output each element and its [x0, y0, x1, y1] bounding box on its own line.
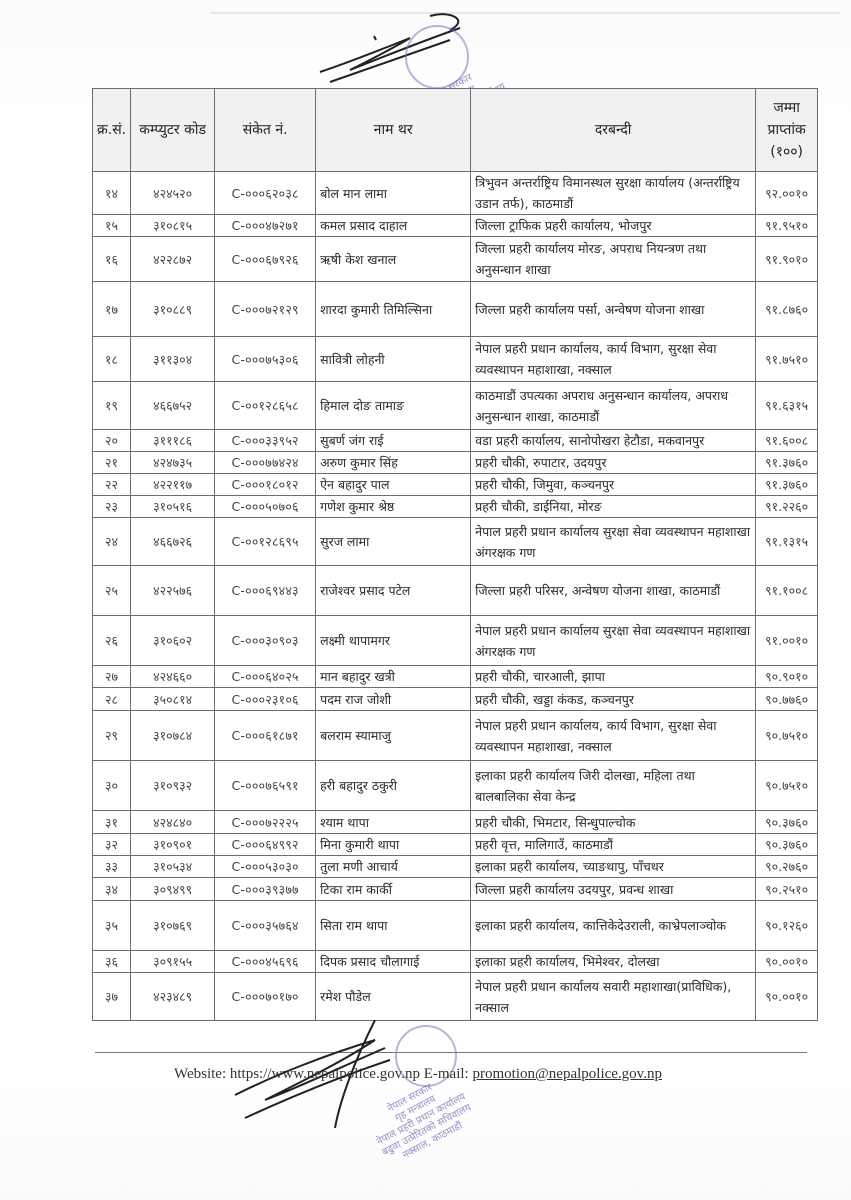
computer-code-cell: ४२४५२०	[131, 172, 215, 215]
posting-cell: नेपाल प्रहरी प्रधान कार्यालय सुरक्षा सेव…	[471, 616, 756, 666]
symbol-number-cell: C-०००२३१०६	[215, 688, 316, 711]
name-cell: सावित्री लोहनी	[316, 337, 471, 382]
table-row: १५३१०८१५C-०००४७२७१कमल प्रसाद दाहालजिल्ला…	[93, 215, 818, 237]
table-row: २९३१०७८४C-०००६१८७१बलराम स्यामाजुनेपाल प्…	[93, 711, 818, 761]
computer-code-cell: ३१०८१५	[131, 215, 215, 237]
posting-cell: इलाका प्रहरी कार्यालय जिरी दोलखा, महिला …	[471, 761, 756, 811]
serial-number-cell: २०	[93, 430, 131, 452]
serial-number-cell: १८	[93, 337, 131, 382]
computer-code-cell: ३११३०४	[131, 337, 215, 382]
table-row: १९४६६७५२C-००१२८६५८हिमाल दोङ तामाङकाठमाडौ…	[93, 382, 818, 430]
posting-cell: जिल्ला प्रहरी कार्यालय पर्सा, अन्वेषण यो…	[471, 282, 756, 337]
symbol-number-cell: C-०००७०१७०	[215, 973, 316, 1021]
posting-cell: प्रहरी चौकी, खड्डा कंकड, कञ्चनपुर	[471, 688, 756, 711]
scan-edge-line	[210, 12, 840, 14]
name-cell: शारदा कुमारी तिमिल्सिना	[316, 282, 471, 337]
total-score-cell: ९०.००१०	[756, 951, 818, 973]
computer-code-cell: ३०९१५५	[131, 951, 215, 973]
name-cell: बलराम स्यामाजु	[316, 711, 471, 761]
website-label: Website:	[174, 1066, 230, 1082]
name-cell: श्याम थापा	[316, 811, 471, 834]
table-row: ३१४२४८४०C-०००७२२२५श्याम थापाप्रहरी चौकी,…	[93, 811, 818, 834]
total-score-cell: ९०.९०१०	[756, 666, 818, 688]
name-cell: हिमाल दोङ तामाङ	[316, 382, 471, 430]
table-row: २०३१११८६C-०००३३९५२सुबर्ण जंग राईवडा प्रह…	[93, 430, 818, 452]
computer-code-cell: ३१११८६	[131, 430, 215, 452]
symbol-number-cell: C-०००४५६९६	[215, 951, 316, 973]
header-computer-code: कम्प्युटर कोड	[131, 89, 215, 172]
posting-cell: इलाका प्रहरी कार्यालय, च्याङथापु, पाँचथर	[471, 856, 756, 878]
computer-code-cell: ४२२८७२	[131, 237, 215, 282]
posting-cell: प्रहरी चौकी, भिमटार, सिन्धुपाल्चोक	[471, 811, 756, 834]
total-score-cell: ९१.६३१५	[756, 382, 818, 430]
posting-cell: नेपाल प्रहरी प्रधान कार्यालय सुरक्षा सेव…	[471, 518, 756, 566]
serial-number-cell: २८	[93, 688, 131, 711]
table-row: २८३५०८१४C-०००२३१०६पदम राज जोशीप्रहरी चौक…	[93, 688, 818, 711]
symbol-number-cell: C-०००३९३७७	[215, 878, 316, 901]
computer-code-cell: ४६६७५२	[131, 382, 215, 430]
table-row: २५४२२५७६C-०००६९४४३राजेश्वर प्रसाद पटेलजि…	[93, 566, 818, 616]
table-header-row: क्र.सं. कम्प्युटर कोड संकेत नं. नाम थर द…	[93, 89, 818, 172]
symbol-number-cell: C-०००५०७०६	[215, 496, 316, 518]
name-cell: मिना कुमारी थापा	[316, 834, 471, 856]
computer-code-cell: ३१०५१६	[131, 496, 215, 518]
total-score-cell: ९०.७५१०	[756, 711, 818, 761]
total-score-cell: ९०.००१०	[756, 973, 818, 1021]
table-row: १४४२४५२०C-०००६२०३८बोल मान लामात्रिभुवन अ…	[93, 172, 818, 215]
posting-cell: नेपाल प्रहरी प्रधान कार्यालय, कार्य विभा…	[471, 337, 756, 382]
serial-number-cell: ३३	[93, 856, 131, 878]
symbol-number-cell: C-०००६१८७१	[215, 711, 316, 761]
symbol-number-cell: C-०००७२२२५	[215, 811, 316, 834]
serial-number-cell: २४	[93, 518, 131, 566]
header-name: नाम थर	[316, 89, 471, 172]
symbol-number-cell: C-०००७७४२४	[215, 452, 316, 474]
computer-code-cell: ३०९४९९	[131, 878, 215, 901]
name-cell: टिका राम कार्की	[316, 878, 471, 901]
table-row: १७३१०८८९C-०००७२१२९शारदा कुमारी तिमिल्सिन…	[93, 282, 818, 337]
symbol-number-cell: C-०००१८०१२	[215, 474, 316, 496]
total-score-cell: ९०.२५१०	[756, 878, 818, 901]
posting-cell: जिल्ला प्रहरी कार्यालय मोरङ, अपराध नियन्…	[471, 237, 756, 282]
table-row: ३०३१०९३२C-०००७६५९१हरी बहादुर ठकुरीइलाका …	[93, 761, 818, 811]
computer-code-cell: ४२४६६०	[131, 666, 215, 688]
serial-number-cell: २२	[93, 474, 131, 496]
computer-code-cell: ३१०७६९	[131, 901, 215, 951]
serial-number-cell: ३४	[93, 878, 131, 901]
name-cell: गणेश कुमार श्रेष्ठ	[316, 496, 471, 518]
symbol-number-cell: C-०००६७९२६	[215, 237, 316, 282]
name-cell: दिपक प्रसाद चौलागाई	[316, 951, 471, 973]
posting-cell: जिल्ला प्रहरी परिसर, अन्वेषण योजना शाखा,…	[471, 566, 756, 616]
computer-code-cell: ३१०५३४	[131, 856, 215, 878]
total-score-cell: ९०.३७६०	[756, 834, 818, 856]
serial-number-cell: २३	[93, 496, 131, 518]
website-link[interactable]: https://www.nepalpolice.gov.np	[230, 1066, 420, 1082]
table-row: १८३११३०४C-०००७५३०६सावित्री लोहनीनेपाल प्…	[93, 337, 818, 382]
name-cell: राजेश्वर प्रसाद पटेल	[316, 566, 471, 616]
serial-number-cell: २६	[93, 616, 131, 666]
total-score-cell: ९०.२७६०	[756, 856, 818, 878]
table-row: ३२३१०९०१C-०००६४९९२मिना कुमारी थापाप्रहरी…	[93, 834, 818, 856]
name-cell: ऋषी केश खनाल	[316, 237, 471, 282]
posting-cell: प्रहरी चौकी, जिमुवा, कञ्चनपुर	[471, 474, 756, 496]
header-symbol-number: संकेत नं.	[215, 89, 316, 172]
computer-code-cell: ३५०८१४	[131, 688, 215, 711]
name-cell: लक्ष्मी थापामगर	[316, 616, 471, 666]
symbol-number-cell: C-०००७५३०६	[215, 337, 316, 382]
symbol-number-cell: C-०००६४९९२	[215, 834, 316, 856]
serial-number-cell: ३७	[93, 973, 131, 1021]
posting-cell: प्रहरी चौकी, चारआली, झापा	[471, 666, 756, 688]
header-total-score: जम्मा प्राप्तांक (१००)	[756, 89, 818, 172]
total-score-cell: ९१.९०१०	[756, 237, 818, 282]
computer-code-cell: ४२३४८९	[131, 973, 215, 1021]
total-score-cell: ९१.६००८	[756, 430, 818, 452]
total-score-cell: ९०.७७६०	[756, 688, 818, 711]
posting-cell: काठमाडौं उपत्यका अपराध अनुसन्धान कार्याल…	[471, 382, 756, 430]
name-cell: ऐन बहादुर पाल	[316, 474, 471, 496]
name-cell: हरी बहादुर ठकुरी	[316, 761, 471, 811]
symbol-number-cell: C-०००६९४४३	[215, 566, 316, 616]
serial-number-cell: २५	[93, 566, 131, 616]
symbol-number-cell: C-०००६२०३८	[215, 172, 316, 215]
total-score-cell: ९०.३७६०	[756, 811, 818, 834]
name-cell: कमल प्रसाद दाहाल	[316, 215, 471, 237]
symbol-number-cell: C-०००७६५९१	[215, 761, 316, 811]
total-score-cell: ९०.७५१०	[756, 761, 818, 811]
serial-number-cell: १५	[93, 215, 131, 237]
name-cell: रमेश पौडेल	[316, 973, 471, 1021]
total-score-cell: ९२.००१०	[756, 172, 818, 215]
name-cell: सिता राम थापा	[316, 901, 471, 951]
symbol-number-cell: C-०००४७२७१	[215, 215, 316, 237]
posting-cell: जिल्ला प्रहरी कार्यालय उदयपुर, प्रवन्ध श…	[471, 878, 756, 901]
posting-cell: वडा प्रहरी कार्यालय, सानोपोखरा हेटौडा, म…	[471, 430, 756, 452]
posting-cell: नेपाल प्रहरी प्रधान कार्यालय, कार्य विभा…	[471, 711, 756, 761]
table-row: २१४२४७३५C-०००७७४२४अरुण कुमार सिंहप्रहरी …	[93, 452, 818, 474]
symbol-number-cell: C-०००५३०३०	[215, 856, 316, 878]
name-cell: अरुण कुमार सिंह	[316, 452, 471, 474]
total-score-cell: ९१.७५१०	[756, 337, 818, 382]
name-cell: तुला मणी आचार्य	[316, 856, 471, 878]
serial-number-cell: १४	[93, 172, 131, 215]
email-label: E-mail:	[420, 1066, 473, 1082]
table-row: २६३१०६०२C-०००३०९०३लक्ष्मी थापामगरनेपाल प…	[93, 616, 818, 666]
serial-number-cell: ३५	[93, 901, 131, 951]
serial-number-cell: २७	[93, 666, 131, 688]
symbol-number-cell: C-०००३३९५२	[215, 430, 316, 452]
serial-number-cell: १७	[93, 282, 131, 337]
name-cell: मान बहादुर खत्री	[316, 666, 471, 688]
header-posting: दरबन्दी	[471, 89, 756, 172]
total-score-cell: ९१.३७६०	[756, 452, 818, 474]
table-row: २४४६६७२६C-००१२८६९५सुरज लामानेपाल प्रहरी …	[93, 518, 818, 566]
symbol-number-cell: C-०००७२१२९	[215, 282, 316, 337]
table-row: ३५३१०७६९C-०००३५७६४सिता राम थापाइलाका प्र…	[93, 901, 818, 951]
posting-cell: प्रहरी वृत्त, मालिगाउँ, काठमाडौं	[471, 834, 756, 856]
email-link[interactable]: promotion@nepalpolice.gov.np	[472, 1066, 661, 1082]
footer-contact: Website: https://www.nepalpolice.gov.np …	[174, 1066, 662, 1083]
serial-number-cell: ३२	[93, 834, 131, 856]
computer-code-cell: ४२४८४०	[131, 811, 215, 834]
table-row: १६४२२८७२C-०००६७९२६ऋषी केश खनालजिल्ला प्र…	[93, 237, 818, 282]
computer-code-cell: ४२२११७	[131, 474, 215, 496]
table-row: २३३१०५१६C-०००५०७०६गणेश कुमार श्रेष्ठप्रह…	[93, 496, 818, 518]
posting-cell: जिल्ला ट्राफिक प्रहरी कार्यालय, भोजपुर	[471, 215, 756, 237]
computer-code-cell: ३१०८८९	[131, 282, 215, 337]
serial-number-cell: ३०	[93, 761, 131, 811]
symbol-number-cell: C-०००३५७६४	[215, 901, 316, 951]
computer-code-cell: ३१०६०२	[131, 616, 215, 666]
table-row: ३७४२३४८९C-०००७०१७०रमेश पौडेलनेपाल प्रहरी…	[93, 973, 818, 1021]
computer-code-cell: ४२२५७६	[131, 566, 215, 616]
header-serial-number: क्र.सं.	[93, 89, 131, 172]
posting-cell: प्रहरी चौकी, रुपाटार, उदयपुर	[471, 452, 756, 474]
name-cell: बोल मान लामा	[316, 172, 471, 215]
computer-code-cell: ३१०९३२	[131, 761, 215, 811]
name-cell: सुबर्ण जंग राई	[316, 430, 471, 452]
name-cell: पदम राज जोशी	[316, 688, 471, 711]
computer-code-cell: ४६६७२६	[131, 518, 215, 566]
serial-number-cell: १६	[93, 237, 131, 282]
total-score-cell: ९१.००१०	[756, 616, 818, 666]
symbol-number-cell: C-००१२८६९५	[215, 518, 316, 566]
total-score-cell: ९०.१२६०	[756, 901, 818, 951]
merit-list-table: क्र.सं. कम्प्युटर कोड संकेत नं. नाम थर द…	[92, 88, 818, 1021]
posting-cell: त्रिभुवन अन्तर्राष्ट्रिय विमानस्थल सुरक्…	[471, 172, 756, 215]
computer-code-cell: ३१०७८४	[131, 711, 215, 761]
table-row: २२४२२११७C-०००१८०१२ऐन बहादुर पालप्रहरी चौ…	[93, 474, 818, 496]
symbol-number-cell: C-००१२८६५८	[215, 382, 316, 430]
serial-number-cell: ३६	[93, 951, 131, 973]
symbol-number-cell: C-०००३०९०३	[215, 616, 316, 666]
serial-number-cell: २९	[93, 711, 131, 761]
total-score-cell: ९१.१००८	[756, 566, 818, 616]
posting-cell: प्रहरी चौकी, डाईनिया, मोरङ	[471, 496, 756, 518]
computer-code-cell: ४२४७३५	[131, 452, 215, 474]
table-row: २७४२४६६०C-०००६४०२५मान बहादुर खत्रीप्रहरी…	[93, 666, 818, 688]
computer-code-cell: ३१०९०१	[131, 834, 215, 856]
table-row: ३३३१०५३४C-०००५३०३०तुला मणी आचार्यइलाका प…	[93, 856, 818, 878]
total-score-cell: ९१.२२६०	[756, 496, 818, 518]
symbol-number-cell: C-०००६४०२५	[215, 666, 316, 688]
serial-number-cell: १९	[93, 382, 131, 430]
posting-cell: इलाका प्रहरी कार्यालय, कात्तिकेदेउराली, …	[471, 901, 756, 951]
total-score-cell: ९१.८७६०	[756, 282, 818, 337]
total-score-cell: ९१.९५१०	[756, 215, 818, 237]
table-row: ३६३०९१५५C-०००४५६९६दिपक प्रसाद चौलागाईइला…	[93, 951, 818, 973]
table-row: ३४३०९४९९C-०००३९३७७टिका राम कार्कीजिल्ला …	[93, 878, 818, 901]
serial-number-cell: २१	[93, 452, 131, 474]
name-cell: सुरज लामा	[316, 518, 471, 566]
total-score-cell: ९१.१३१५	[756, 518, 818, 566]
serial-number-cell: ३१	[93, 811, 131, 834]
total-score-cell: ९१.३७६०	[756, 474, 818, 496]
posting-cell: नेपाल प्रहरी प्रधान कार्यालय सवारी महाशा…	[471, 973, 756, 1021]
posting-cell: इलाका प्रहरी कार्यालय, भिमेश्वर, दोलखा	[471, 951, 756, 973]
